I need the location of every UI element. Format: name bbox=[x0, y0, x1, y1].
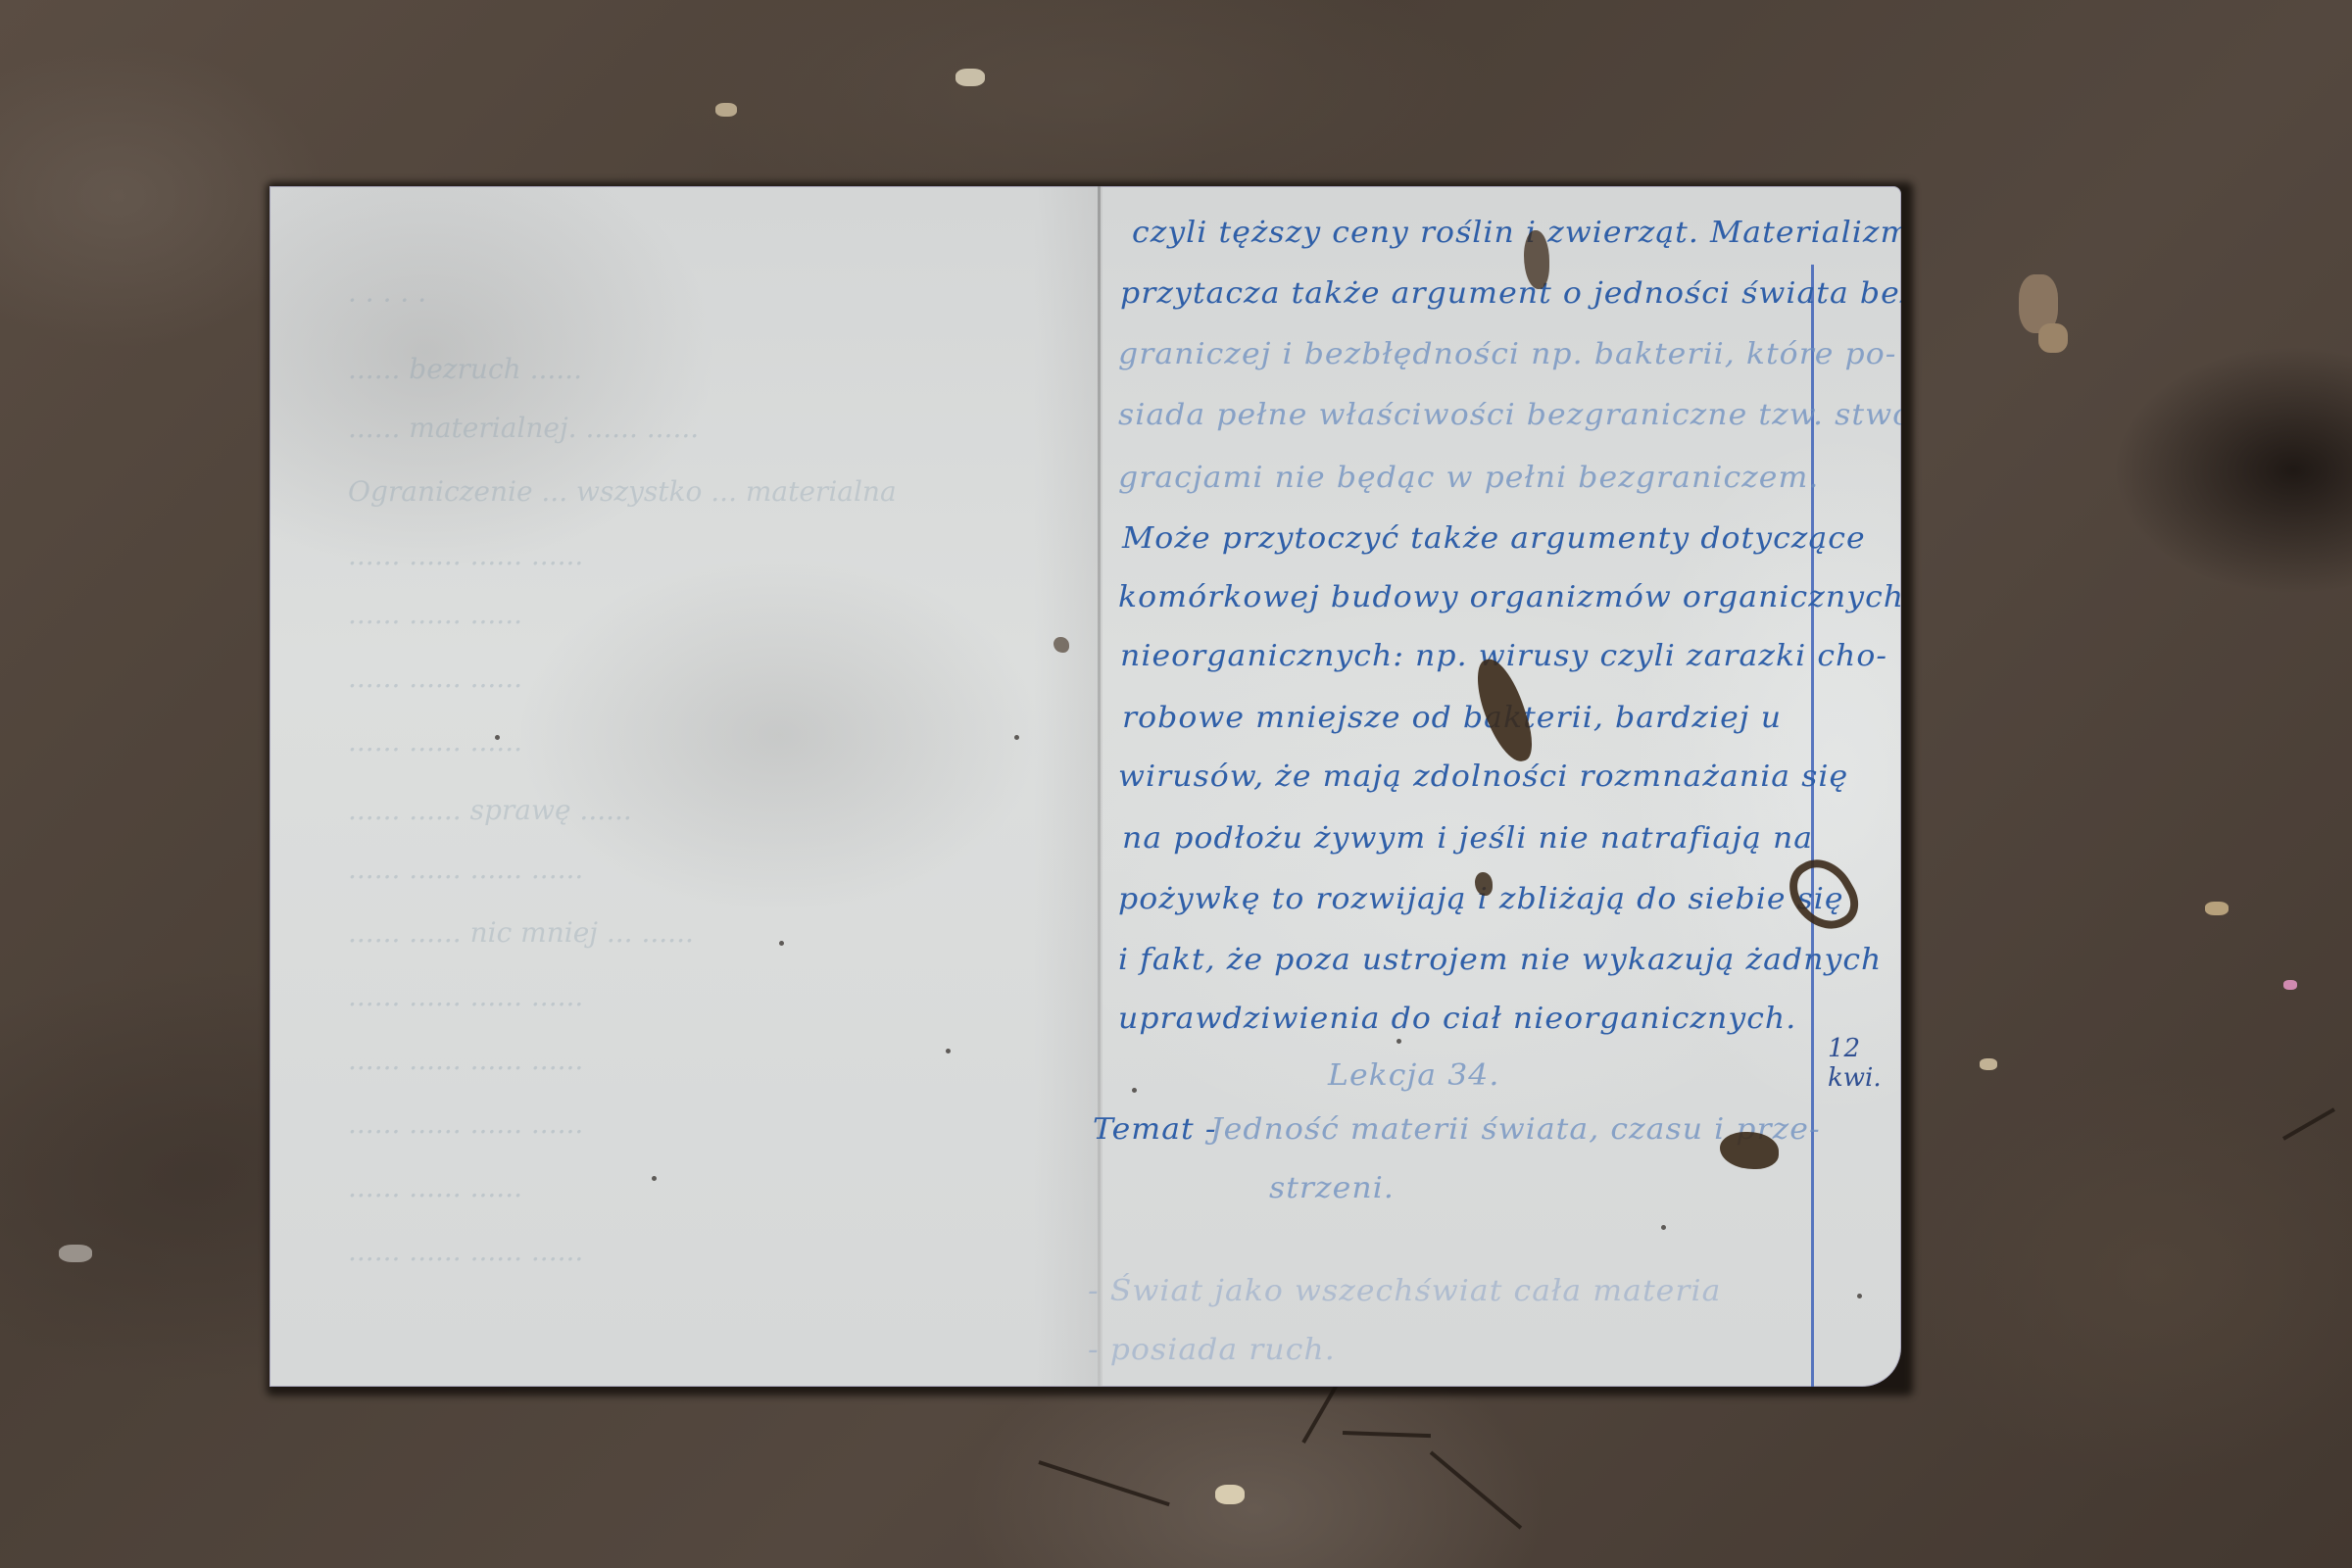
ghost-line: ...... ...... sprawę ...... bbox=[348, 794, 632, 826]
faded-line: - Świat jako wszechświat cała materia bbox=[1088, 1274, 1721, 1308]
topic-continuation: strzeni. bbox=[1269, 1171, 1395, 1205]
ground-speck bbox=[1215, 1485, 1245, 1504]
topic-label: Temat - bbox=[1093, 1112, 1217, 1147]
handwritten-line: przytacza także argument o jedności świa… bbox=[1120, 276, 1901, 311]
ghost-line: ...... ...... ...... bbox=[348, 661, 522, 694]
margin-date-note: 12 kwi. bbox=[1828, 1034, 1901, 1093]
dirt-stain-ring bbox=[1779, 848, 1868, 942]
ghost-line: ...... bezruch ...... bbox=[348, 353, 582, 385]
ground-speck bbox=[2205, 902, 2229, 915]
ghost-line: ...... ...... ...... ...... bbox=[348, 1235, 583, 1267]
ground-speck bbox=[2283, 980, 2297, 990]
handwritten-line: robowe mniejsze od bakterii, bardziej u bbox=[1122, 701, 1782, 735]
fold-shade bbox=[1034, 186, 1102, 1387]
ghost-line: ...... ...... ...... ...... bbox=[348, 1107, 583, 1140]
dirt-dot bbox=[652, 1176, 657, 1181]
ghost-line: ...... ...... ...... ...... bbox=[348, 980, 583, 1012]
dirt-dot bbox=[1661, 1225, 1666, 1230]
ground-speck bbox=[955, 69, 985, 86]
handwritten-line: gracjami nie będąc w pełni bezgraniczem. bbox=[1118, 461, 1819, 495]
handwritten-line: siada pełne właściwości bezgraniczne tzw… bbox=[1118, 398, 1901, 432]
dirt-dot bbox=[1857, 1294, 1862, 1298]
handwritten-line: Może przytoczyć także argumenty dotycząc… bbox=[1122, 521, 1866, 556]
ghost-line: Ograniczenie ... wszystko ... materialna bbox=[348, 475, 897, 508]
ghost-line: ...... ...... ...... ...... bbox=[348, 539, 583, 571]
dirt-dot bbox=[779, 941, 784, 946]
ground-speck bbox=[715, 103, 737, 117]
ghost-line: · · · · · bbox=[348, 284, 426, 317]
dirt-dot bbox=[495, 735, 500, 740]
dirt-stain bbox=[1720, 1132, 1779, 1169]
ghost-line: ...... ...... nic mniej ... ...... bbox=[348, 916, 694, 949]
dirt-dot bbox=[1014, 735, 1019, 740]
notebook-page: · · · · · ...... bezruch ...... ...... m… bbox=[269, 186, 1901, 1387]
ghost-line: ...... materialnej. ...... ...... bbox=[348, 412, 699, 444]
ground-speck bbox=[59, 1245, 92, 1262]
handwritten-line: i fakt, że poza ustrojem nie wykazują ża… bbox=[1118, 943, 1882, 977]
dirt-stain bbox=[1475, 872, 1493, 896]
handwritten-line: czyli tęższy ceny roślin i zwierząt. Mat… bbox=[1132, 216, 1901, 250]
faded-line: - posiada ruch. bbox=[1088, 1333, 1336, 1367]
handwritten-line: wirusów, że mają zdolności rozmnażania s… bbox=[1118, 759, 1848, 794]
dirt-dot bbox=[1132, 1088, 1137, 1093]
center-fold bbox=[1098, 186, 1101, 1387]
ghost-line: ...... ...... ...... ...... bbox=[348, 1044, 583, 1076]
ground-speck bbox=[1980, 1058, 1997, 1070]
ghost-line: ...... ...... ...... bbox=[348, 1171, 522, 1203]
lesson-number: Lekcja 34. bbox=[1328, 1058, 1499, 1093]
dirt-dot bbox=[1396, 1039, 1401, 1044]
ground-speck bbox=[2038, 323, 2068, 353]
handwritten-line: uprawdziwienia do ciał nieorganicznych. bbox=[1118, 1002, 1796, 1036]
dirt-dot bbox=[946, 1049, 951, 1053]
handwritten-line: komórkowej budowy organizmów organicznyc… bbox=[1118, 580, 1901, 614]
dirt-stain bbox=[1053, 637, 1069, 653]
dirt-stain bbox=[1524, 230, 1549, 289]
handwritten-line: graniczej i bezbłędności np. bakterii, k… bbox=[1118, 337, 1896, 371]
ghost-line: ...... ...... ...... bbox=[348, 598, 522, 630]
ghost-line: ...... ...... ...... ...... bbox=[348, 853, 583, 885]
ghost-line: ...... ...... ...... bbox=[348, 725, 522, 758]
handwritten-line: na podłożu żywym i jeśli nie natrafiają … bbox=[1122, 821, 1813, 856]
